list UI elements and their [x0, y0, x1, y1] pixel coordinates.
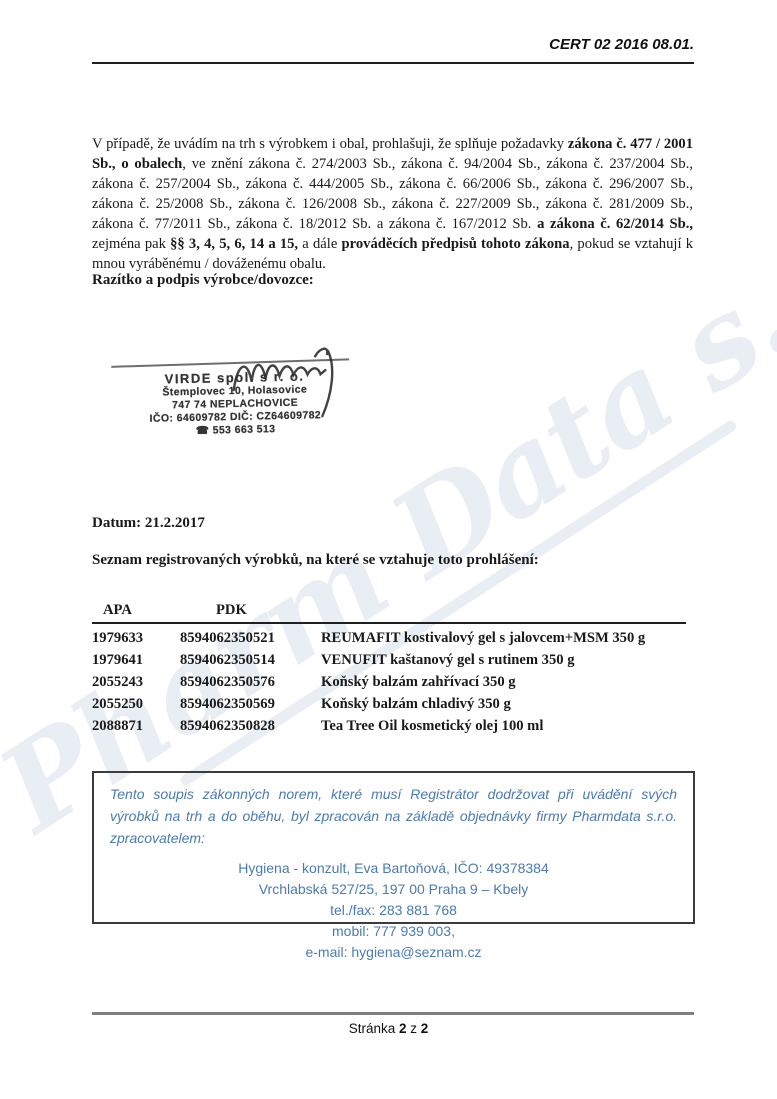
cell-pdk: 8594062350521: [180, 627, 321, 649]
column-header-apa: APA: [92, 600, 180, 620]
date-line: Datum: 21.2.2017: [92, 515, 205, 532]
page-number: Stránka 2 z 2: [0, 1021, 777, 1036]
registrar-info-box: Tento soupis zákonných norem, které musí…: [92, 771, 695, 924]
cell-apa: 2055250: [92, 693, 180, 715]
table-row: 1979641 8594062350514 VENUFIT kaštanový …: [92, 649, 686, 671]
cell-product-name: Tea Tree Oil kosmetický olej 100 ml: [321, 715, 686, 737]
cell-pdk: 8594062350576: [180, 671, 321, 693]
contact-line-mobile: mobil: 777 939 003,: [110, 921, 677, 942]
paragraph-segment: V případě, že uvádím na trh s výrobkem i…: [92, 136, 568, 152]
cell-apa: 2055243: [92, 671, 180, 693]
doc-code: CERT 02 2016 08.01.: [92, 36, 694, 53]
table-row: 2055250 8594062350569 Koňský balzám chla…: [92, 693, 686, 715]
info-box-contact: Hygiena - konzult, Eva Bartoňová, IČO: 4…: [110, 858, 677, 963]
cell-apa: 1979641: [92, 649, 180, 671]
stamp-section-label: Razítko a podpis výrobce/dovozce:: [92, 272, 314, 289]
footer-total: 2: [421, 1021, 429, 1036]
cell-pdk: 8594062350514: [180, 649, 321, 671]
column-header-pdk: PDK: [180, 600, 321, 620]
cell-pdk: 8594062350828: [180, 715, 321, 737]
contact-line-company: Hygiena - konzult, Eva Bartoňová, IČO: 4…: [110, 858, 677, 879]
contact-line-address: Vrchlabská 527/25, 197 00 Praha 9 – Kbel…: [110, 879, 677, 900]
footer-page: 2: [399, 1021, 407, 1036]
footer-rule: [92, 1012, 694, 1015]
cell-product-name: VENUFIT kaštanový gel s rutinem 350 g: [321, 649, 686, 671]
products-table: APA PDK 1979633 8594062350521 REUMAFIT k…: [92, 600, 686, 737]
document-page: Pharm Data s. r. o. CERT 02 2016 08.01. …: [0, 0, 777, 1099]
cell-product-name: REUMAFIT kostivalový gel s jalovcem+MSM …: [321, 627, 686, 649]
table-header-row: APA PDK: [92, 600, 686, 620]
contact-line-telfax: tel./fax: 283 881 768: [110, 900, 677, 921]
cell-apa: 1979633: [92, 627, 180, 649]
cell-apa: 2088871: [92, 715, 180, 737]
cell-product-name: Koňský balzám chladivý 350 g: [321, 693, 686, 715]
product-list-heading: Seznam registrovaných výrobků, na které …: [92, 552, 539, 569]
table-row: 1979633 8594062350521 REUMAFIT kostivalo…: [92, 627, 686, 649]
paragraph-segment: zejména pak: [92, 236, 170, 252]
header-rule: [92, 62, 694, 64]
table-row: 2088871 8594062350828 Tea Tree Oil kosme…: [92, 715, 686, 737]
paragraph-segment-bold: a zákona č. 62/2014 Sb.,: [537, 216, 693, 232]
company-stamp: VIRDE spol. s r. o. Štemplovec 10, Holas…: [109, 359, 361, 439]
paragraph-segment: a dále: [298, 236, 341, 252]
paragraph-segment-bold: prováděcích předpisů tohoto zákona: [342, 236, 570, 252]
paragraph-segment-bold: §§ 3, 4, 5, 6, 14 a 15,: [170, 236, 298, 252]
signature-scribble: [227, 344, 349, 436]
footer-separator: z: [407, 1021, 421, 1036]
cell-pdk: 8594062350569: [180, 693, 321, 715]
table-header-rule: [92, 622, 686, 624]
footer-prefix: Stránka: [349, 1021, 399, 1036]
table-row: 2055243 8594062350576 Koňský balzám zahř…: [92, 671, 686, 693]
declaration-paragraph: V případě, že uvádím na trh s výrobkem i…: [92, 134, 693, 274]
cell-product-name: Koňský balzám zahřívací 350 g: [321, 671, 686, 693]
contact-line-email: e-mail: hygiena@seznam.cz: [110, 942, 677, 963]
info-box-intro: Tento soupis zákonných norem, které musí…: [110, 783, 677, 849]
